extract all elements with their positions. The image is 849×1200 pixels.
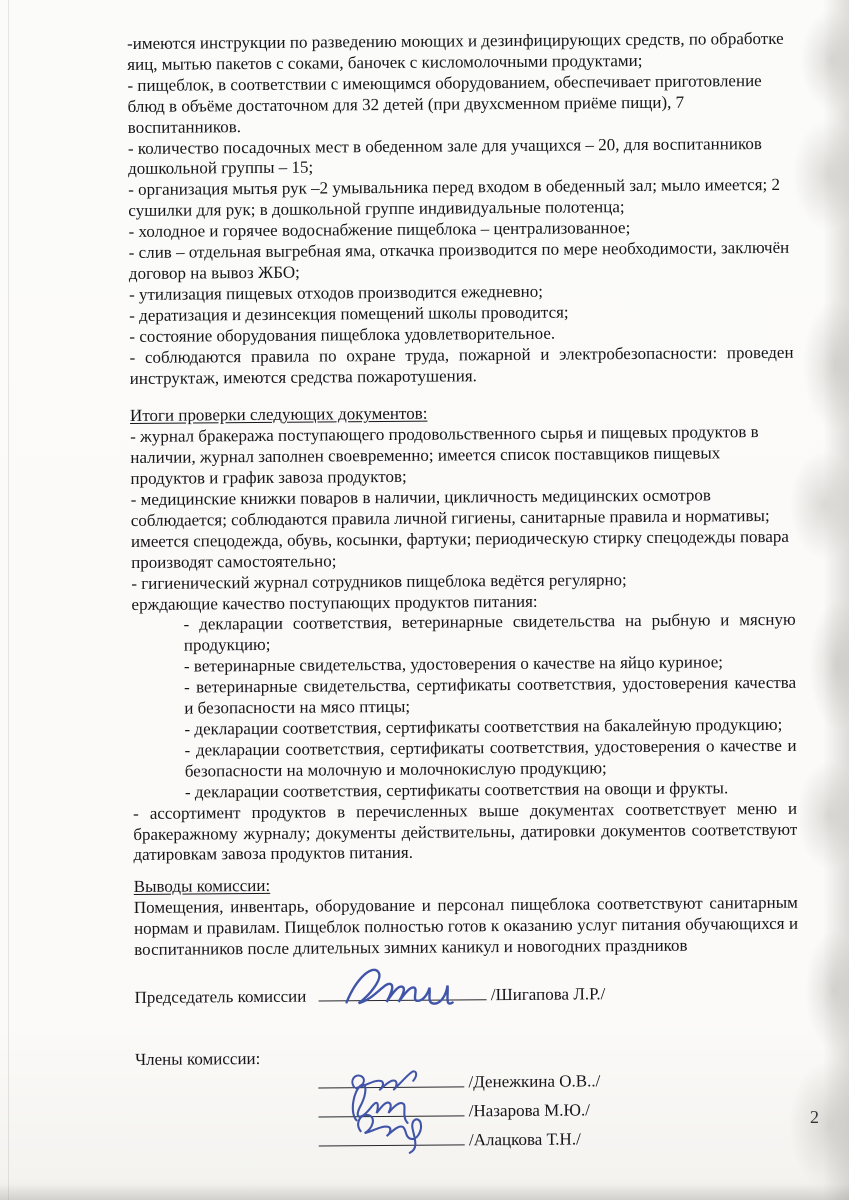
scan-noise-blob <box>805 930 849 1050</box>
conclusions-text: Помещения, инвентарь, оборудование и пер… <box>134 893 798 961</box>
chair-name: /Шигапова Л.Р./ <box>491 984 606 1004</box>
document-body: -имеются инструкции по разведению моющих… <box>127 29 800 1162</box>
scan-noise-blob <box>801 10 849 110</box>
certificate-item: - ветеринарные свидетельства, сертификат… <box>184 673 796 720</box>
signature-line <box>319 1130 465 1146</box>
scan-noise-blob <box>789 450 849 560</box>
member-name: /Алацкова Т.Н./ <box>469 1129 581 1149</box>
scan-noise-blob <box>793 120 849 230</box>
documents-item: - журнал бракеража поступающего продовол… <box>130 422 794 490</box>
inspection-item: - организация мытья рук –2 умывальника п… <box>128 175 792 222</box>
scan-edge-left-line <box>8 0 9 1200</box>
member-signature-row: /Алацкова Т.Н./ <box>319 1128 800 1161</box>
inspection-item: - соблюдаются правила по охране труда, п… <box>129 342 793 389</box>
certificate-item: - декларации соответствия, сертификаты с… <box>185 736 797 783</box>
assortment-note: - ассортимент продуктов в перечисленных … <box>133 798 797 866</box>
inspection-item: - слив – отдельная выгребная яма, откачк… <box>129 238 793 285</box>
members-label: Члены комиссии: <box>135 1045 799 1071</box>
signature-line <box>319 985 487 1001</box>
scanned-document-page: -имеются инструкции по разведению моющих… <box>0 0 849 1200</box>
member-name: /Назарова М.Ю./ <box>469 1100 590 1120</box>
scan-noise-blob <box>803 300 849 430</box>
certificate-item: - декларации соответствия, ветеринарные … <box>184 610 796 657</box>
member-name: /Денежкина О.В../ <box>468 1071 600 1091</box>
inspection-item: - пищеблок, в соответствии с имеющимся о… <box>127 71 791 139</box>
scan-noise-blob <box>797 760 849 870</box>
chair-label: Председатель комиссии <box>134 987 306 1007</box>
scan-bottom-band <box>0 1184 849 1200</box>
inspection-item: -имеются инструкции по разведению моющих… <box>127 29 791 76</box>
chair-signature-row: Председатель комиссии /Шигапова Л.Р./ <box>134 983 798 1009</box>
scan-noise-blob <box>809 600 849 730</box>
documents-item: - медицинские книжки поваров в наличии, … <box>131 485 796 574</box>
member-signatures: /Денежкина О.В../ /Назарова М.Ю./ /Алацк… <box>318 1070 800 1161</box>
chair-signature <box>340 959 460 1010</box>
inspection-item: - количество посадочных мест в обеденном… <box>128 133 792 180</box>
member-signature <box>346 1106 430 1155</box>
